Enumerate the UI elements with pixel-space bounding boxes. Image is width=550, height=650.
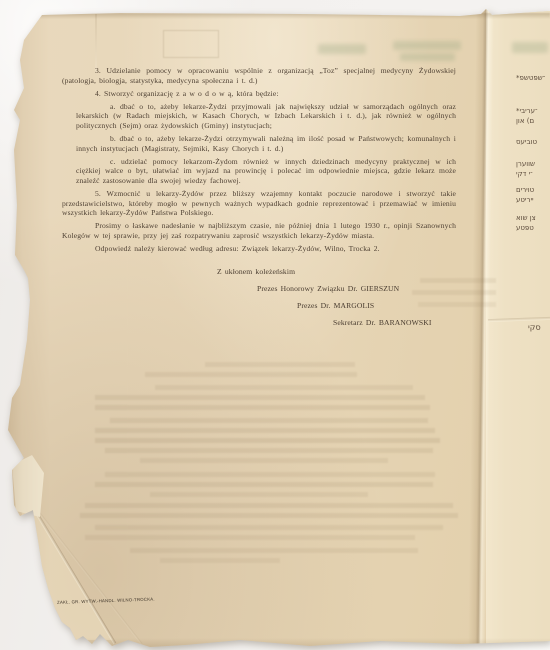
stamp-show-through (163, 30, 219, 58)
adjacent-page-text-fragment: טוביעס (516, 138, 550, 146)
closing-salutation: Z ukłonem koleżeńskim (217, 267, 456, 277)
adjacent-page-text-fragment: טפּטע (516, 224, 550, 232)
signature-president: Prezes Dr. MARGOLIS (297, 301, 456, 311)
top-crease (95, 14, 97, 72)
document-page: 3. Udzielanie pomocy w opracowaniu wspól… (0, 0, 550, 650)
adjacent-page-text-fragment: ־שפּטשפ* (516, 74, 550, 82)
paragraph-item-5: 5. Wzmocnić u lekarzy-Żydów przez bliższ… (62, 189, 456, 218)
adjacent-page-text-fragment: ייריטע (516, 196, 550, 204)
paragraph-item-4-heading: 4. Stworzyć organizację z a w o d o w ą,… (62, 89, 456, 99)
paragraph-item-4b: b. dbać o to, ażeby lekarze-Żydzi otrzym… (76, 134, 456, 153)
adjacent-page-text-fragment: צן שוא (516, 214, 550, 222)
paragraph-request: Prosimy o łaskawe nadesłanie w najbliższ… (62, 221, 456, 240)
paragraph-item-4a: a. dbać o to, ażeby lekarze-Żydzi przyjm… (76, 102, 456, 131)
green-show-through (400, 53, 455, 61)
green-show-through (318, 44, 366, 54)
adjacent-page-text-fragment: ם) און (516, 117, 550, 125)
signature-honorary-president: Prezes Honorowy Związku Dr. GIERSZUN (257, 284, 456, 294)
signature-secretary: Sekretarz Dr. BARANOWSKI (333, 318, 456, 328)
adjacent-page-text-fragment: שווערן (516, 160, 550, 168)
adjacent-page-text-fragment: ־עריבי* (516, 107, 550, 115)
top-edge-shading (30, 13, 550, 19)
letter-text: 3. Udzielanie pomocy w opracowaniu wspól… (62, 66, 456, 328)
left-edge-shading (0, 0, 52, 650)
paragraph-reply-address: Odpowiedź należy kierować według adresu:… (62, 244, 456, 254)
scanned-document-photo: 3. Udzielanie pomocy w opracowaniu wspól… (0, 0, 550, 650)
paper-shadow-wrap: 3. Udzielanie pomocy w opracowaniu wspól… (0, 0, 550, 650)
green-show-through (393, 41, 461, 50)
paragraph-item-3: 3. Udzielanie pomocy w opracowaniu wspól… (62, 66, 456, 85)
bottom-edge-shading (60, 638, 550, 648)
adjacent-page-text-fragment: ־י דקי (516, 170, 550, 178)
adjacent-page-text-fragment: טוירים (516, 186, 550, 194)
adjacent-page-text-fragment: סקי (528, 323, 550, 332)
paragraph-item-4c: c. udzielać pomocy lekarzom-Żydom równie… (76, 157, 456, 186)
green-show-through (512, 42, 548, 53)
